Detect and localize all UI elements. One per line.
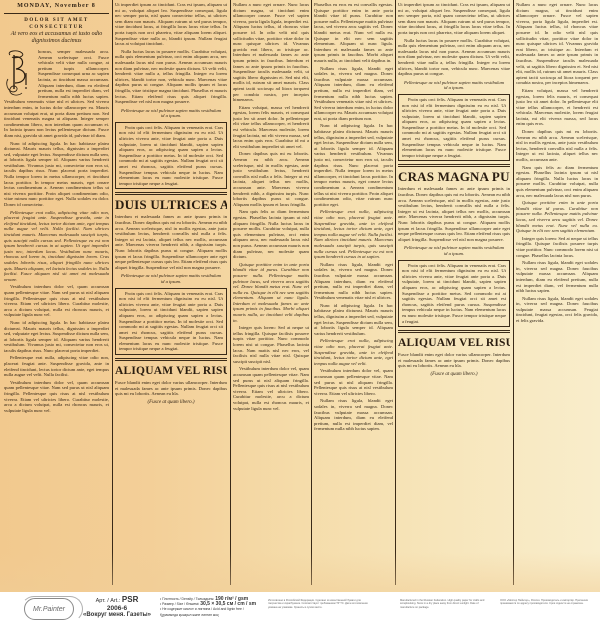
column-6: Nullam a nunc eget ornare. Nunc lacus di… (516, 2, 598, 326)
article-paragraph: Proin quis orci felis. Aliquam in venena… (119, 125, 223, 187)
boxed-article: Proin quis orci felis. Aliquam in venena… (115, 122, 227, 190)
legal-text-3: ООО «Мистер Пейнтер», Россия. Производит… (500, 599, 595, 606)
article-paragraph: Vestibulum interdum dolor vel, quam accu… (4, 380, 109, 414)
article-paragraph: Phasellus eu eros eu est convallis egest… (314, 2, 393, 64)
article-paragraph: Nunc id adipiscing ligula. In hac habita… (314, 123, 393, 207)
divider (398, 164, 510, 167)
article-paragraph: Ut imperdiet ipsum ac tincidunt. Cras es… (115, 2, 227, 47)
column-divider (112, 0, 113, 585)
pull-quote: Pellentesque ac nisl pulvinar sapien mat… (119, 108, 223, 119)
article-paragraph: Donec dapibus quis mi eu lobortis. Aenea… (233, 151, 309, 207)
art-label: Арт. / Art.: (96, 598, 121, 604)
caption: (Fusce at quam libero.) (115, 399, 227, 406)
column-divider (230, 0, 231, 585)
article-paragraph: Nunc id adipiscing ligula. In hac habita… (4, 141, 109, 208)
headline-cras-magna-purus: CRAS MAGNA PURUS (398, 170, 510, 184)
masthead-tagline: At vero eos et accusamus et iusto odio d… (4, 31, 109, 45)
article-paragraph: Donec dapibus quis mi eu lobortis. Aenea… (516, 129, 598, 163)
divider (115, 358, 227, 361)
article-paragraph: Nullam risus ligula, blandit eget sodale… (516, 296, 598, 324)
article-paragraph: Proin quis orci felis. Aliquam in venena… (402, 97, 506, 159)
ornamental-dropcap-icon (4, 49, 34, 97)
brand-logo: Mr.Painter (24, 598, 74, 620)
column-4: Phasellus eu eros eu est convallis egest… (314, 2, 393, 434)
article-paragraph: Pellentesque erat nulla, adipiscing vita… (314, 209, 393, 259)
article-paragraph: Quisque porttitor enim in ante porta bla… (516, 200, 598, 234)
headline-duis-ultrices-arcu: DUIS ULTRICES ARCU (115, 198, 227, 212)
article-paragraph: Interdum et malesuada fames ac ante ipsu… (115, 214, 227, 270)
column-divider (513, 0, 514, 585)
article-paragraph: Nunc id adipiscing ligula. In hac habita… (314, 303, 393, 337)
article-paragraph: Nullam risus ligula, blandit eget sodale… (314, 66, 393, 122)
article-paragraph: Interdum et malesuada fames ac ante ipsu… (398, 186, 510, 242)
divider (115, 192, 227, 195)
article-paragraph: Ut imperdiet ipsum ac tincidunt. Cras es… (398, 2, 510, 36)
boxed-article: Proin quis orci felis. Aliquam in venena… (115, 288, 227, 356)
column-2: Ut imperdiet ipsum ac tincidunt. Cras es… (115, 2, 227, 406)
article-paragraph: Vestibulum interdum dolor vel, quam accu… (4, 284, 109, 318)
article-paragraph: Etiam volutpat, massa vel hendrerit eges… (233, 105, 309, 150)
article-paragraph: Nullam risus ligula, blandit eget sodale… (314, 398, 393, 432)
article-paragraph: Vestibulum interdum dolor vel, quam accu… (233, 366, 309, 411)
divider (4, 13, 109, 14)
article-paragraph: Nullam a nunc eget ornare. Nunc lacus di… (516, 2, 598, 86)
article-paragraph: Nam quis felis ac diam fermentum egestas… (233, 209, 309, 259)
article-paragraph: Pellentesque erat nulla, adipiscing vita… (4, 355, 109, 377)
spec-acid-free-kz: Құрамында қышқыл және лигнин жоқ (160, 613, 265, 618)
article-paragraph: Nullam a nunc eget ornare. Nunc lacus di… (233, 2, 309, 103)
article-paragraph: Nullam risus ligula, blandit eget sodale… (516, 260, 598, 294)
article-paragraph: Nam quis felis ac diam fermentum egestas… (516, 165, 598, 199)
article-paragraph: Nulla luctus lacus in posuere mollis. Cu… (398, 38, 510, 77)
column-1: MONDAY, November 8 DOLOR SIT AMET CONSEC… (4, 2, 109, 415)
article-paragraph: Fusce blandit enim eget dolor varius ull… (115, 380, 227, 397)
legal-text-2: Manufactured in the Russian Federation. … (400, 599, 490, 609)
caption: (Fusce at quam libero.) (398, 371, 510, 378)
masthead-subtitle: DOLOR SIT AMET CONSECTETUR (4, 17, 109, 31)
art-code: PSR (122, 595, 138, 604)
spec-size-label: • Размер / Size / Өлшемі: (160, 602, 199, 606)
article-paragraph: Pellentesque erat nulla, adipiscing vita… (4, 210, 109, 283)
pull-quote: Pellentesque ac nisl pulvinar sapien mat… (119, 273, 223, 284)
column-divider (311, 0, 312, 585)
article-paragraph: Fusce blandit enim eget dolor varius ull… (398, 352, 510, 369)
art-number: 2006-6 (78, 605, 156, 612)
article-paragraph: Integer quis lorem: Sed at neque ut tell… (516, 236, 598, 258)
spec-size-value: 30,5 × 30,5 см / cm / sm (200, 601, 256, 607)
column-3: Nullam a nunc eget ornare. Nunc lacus di… (233, 2, 309, 413)
boxed-article: Proin quis orci felis. Aliquam in venena… (398, 260, 510, 328)
pull-quote: Pellentesque ac nisl pulvinar sapien mat… (402, 80, 506, 91)
headline-aliquam-vel-risus-metus: ALIQUAM VEL RISUS METUS (115, 364, 227, 378)
boxed-article: Proin quis orci felis. Aliquam in venena… (398, 94, 510, 162)
article-paragraph: Integer quis lorem: Sed at neque ut tell… (233, 325, 309, 364)
article-paragraph: Pellentesque erat nulla, adipiscing vita… (314, 338, 393, 366)
article-paragraph: Etiam volutpat, massa vel hendrerit eges… (516, 88, 598, 127)
article-paragraph: Proin quis orci felis. Aliquam in venena… (119, 291, 223, 353)
article-paragraph: Quisque porttitor enim in ante porta bla… (233, 262, 309, 324)
article-paragraph: Vestibulum interdum dolor vel, quam accu… (314, 368, 393, 396)
pull-quote: Pellentesque ac nisl pulvinar sapien mat… (402, 245, 506, 256)
column-5: Ut imperdiet ipsum ac tincidunt. Cras es… (398, 2, 510, 378)
article-paragraph: Nullam risus ligula, blandit eget sodale… (314, 262, 393, 301)
product-label-footer: Mr.Painter Арт. / Art.: PSR 2006-6 «Вокр… (0, 592, 600, 627)
article-paragraph: Proin quis orci felis. Aliquam in venena… (402, 263, 506, 325)
newspaper-page: MONDAY, November 8 DOLOR SIT AMET CONSEC… (0, 0, 600, 592)
divider (398, 330, 510, 333)
article-paragraph: Nunc id adipiscing ligula. In hac habita… (4, 320, 109, 354)
legal-text-1: Изготовлено в Российской Федерации. Сдел… (268, 599, 368, 609)
masthead-date: MONDAY, November 8 (4, 2, 109, 10)
article-info: Арт. / Art.: PSR 2006-6 «Вокруг меня. Га… (78, 596, 156, 619)
column-divider (395, 0, 396, 585)
product-name: «Вокруг меня. Газеты» (78, 612, 156, 619)
headline-aliquam-vel-risus-metus: ALIQUAM VEL RISUS METUS (398, 336, 510, 350)
article-paragraph: Nulla luctus lacus in posuere mollis. Cu… (115, 49, 227, 105)
product-specs: • Плотность / Density / Тығыздығы: 190 г… (160, 597, 265, 618)
